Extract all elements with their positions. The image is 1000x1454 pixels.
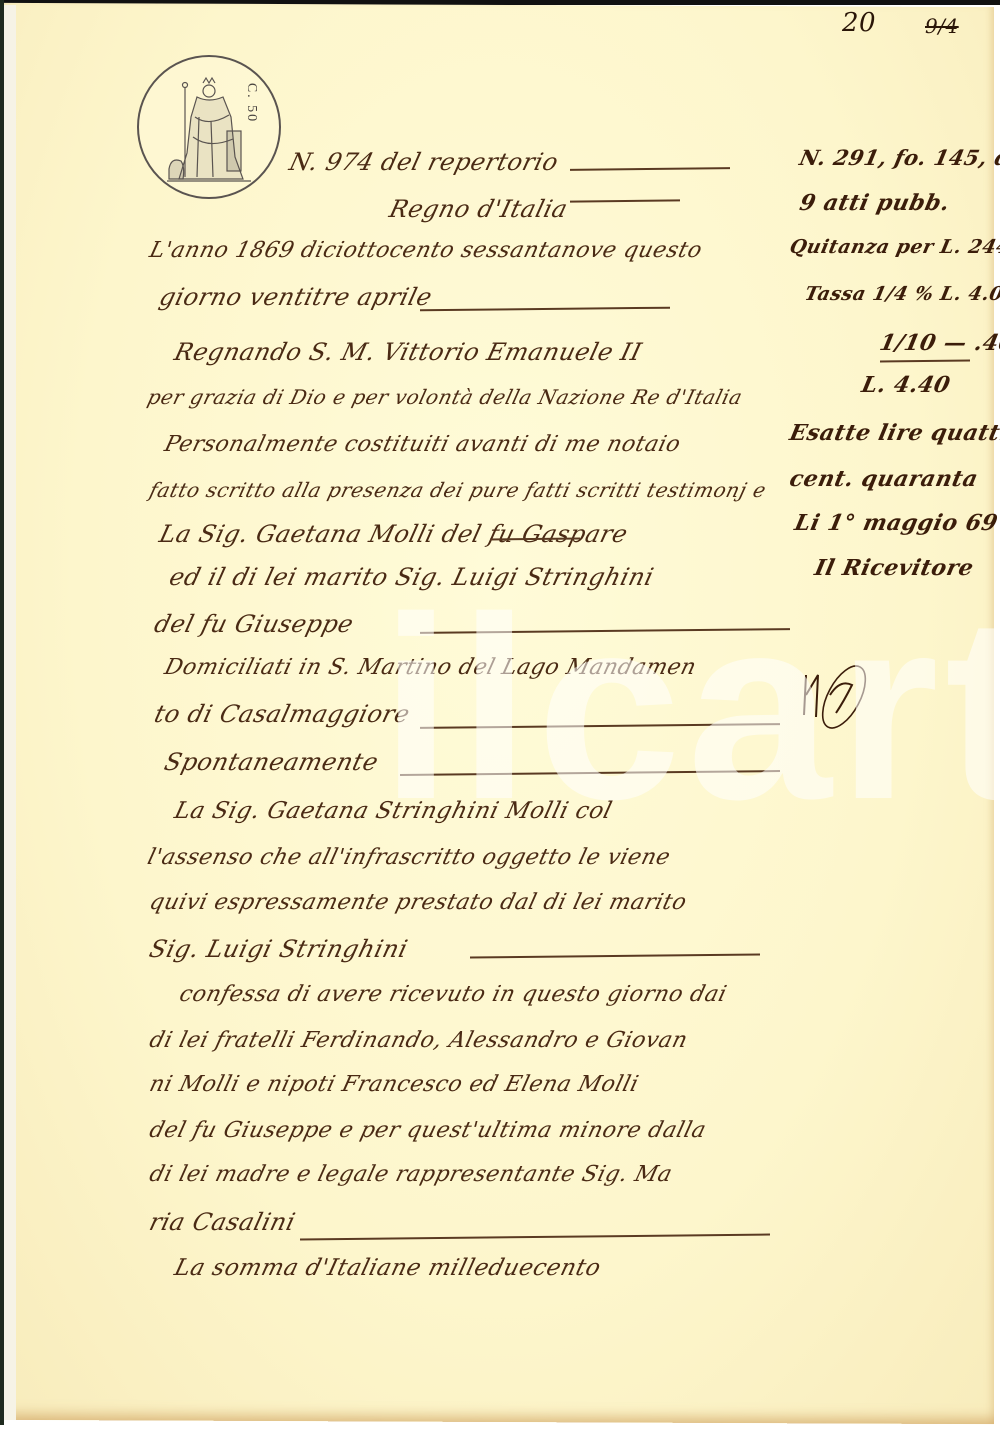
text-line: ria Casalini xyxy=(147,1208,299,1236)
text-line: La Sig. Gaetana Molli del fu Gaspare xyxy=(157,520,631,548)
scan-frame: 20 9/4 C. xyxy=(0,0,1000,1454)
text-line: La somma d'Italiane milleduecento xyxy=(172,1255,604,1281)
page-number: 20 xyxy=(842,8,876,38)
margin-note: 1/10 — .40 xyxy=(877,330,1000,356)
text-line: to di Casalmaggiore xyxy=(152,700,413,728)
text-line: giorno ventitre aprile xyxy=(157,283,436,311)
margin-note: Tassa 1/4 % L. 4.00 xyxy=(803,283,1000,305)
text-line: Personalmente costituiti avanti di me no… xyxy=(162,432,683,457)
text-line: di lei fratelli Ferdinando, Alessandro e… xyxy=(147,1028,690,1053)
text-line: Domiciliati in S. Martino del Lago Manda… xyxy=(162,655,699,680)
struck-page-number: 9/4 xyxy=(925,14,959,38)
text-line: l'assenso che all'infrascritto oggetto l… xyxy=(145,845,673,870)
text-line: del fu Giuseppe e per quest'ultima minor… xyxy=(147,1118,709,1143)
text-line: Regnando S. M. Vittorio Emanuele II xyxy=(172,338,645,366)
text-line: del fu Giuseppe xyxy=(152,610,357,638)
margin-note: cent. quaranta xyxy=(787,466,980,492)
seated-allegorical-figure-icon xyxy=(139,57,279,197)
revenue-stamp: C. 50 xyxy=(137,55,281,199)
margin-note-total: L. 4.40 xyxy=(859,372,952,398)
text-line: Spontaneamente xyxy=(162,748,382,776)
margin-note: N. 291, fo. 145, due xyxy=(797,145,1000,170)
text-line: La Sig. Gaetana Stringhini Molli col xyxy=(172,798,615,824)
text-line: N. 974 del repertorio xyxy=(287,148,562,176)
stamp-value: C. 50 xyxy=(243,83,259,123)
text-line: per grazia di Dio e per volontà della Na… xyxy=(145,385,745,409)
text-line: Sig. Luigi Stringhini xyxy=(147,935,411,963)
text-line: fatto scritto alla presenza dei pure fat… xyxy=(147,478,769,502)
signature-flourish-icon xyxy=(800,655,880,735)
page-left-margin xyxy=(4,5,16,1420)
text-line: L'anno 1869 diciottocento sessantanove q… xyxy=(147,238,705,263)
text-line: ed il di lei marito Sig. Luigi Stringhin… xyxy=(167,563,657,591)
text-line: confessa di avere ricevuto in questo gio… xyxy=(177,982,729,1007)
margin-note: Esatte lire quattro xyxy=(787,420,1000,446)
text-line: di lei madre e legale rappresentante Sig… xyxy=(147,1162,675,1187)
text-line: ni Molli e nipoti Francesco ed Elena Mol… xyxy=(147,1072,641,1097)
text-line: quivi espressamente prestato dal di lei … xyxy=(147,890,689,915)
margin-note: Quitanza per L. 2448.50 xyxy=(788,236,1000,258)
margin-note: Il Ricevitore xyxy=(812,555,976,581)
text-line: Regno d'Italia xyxy=(387,195,571,223)
margin-note: Li 1° maggio 69 xyxy=(792,510,1000,536)
margin-note: 9 atti pubb. xyxy=(797,190,952,216)
